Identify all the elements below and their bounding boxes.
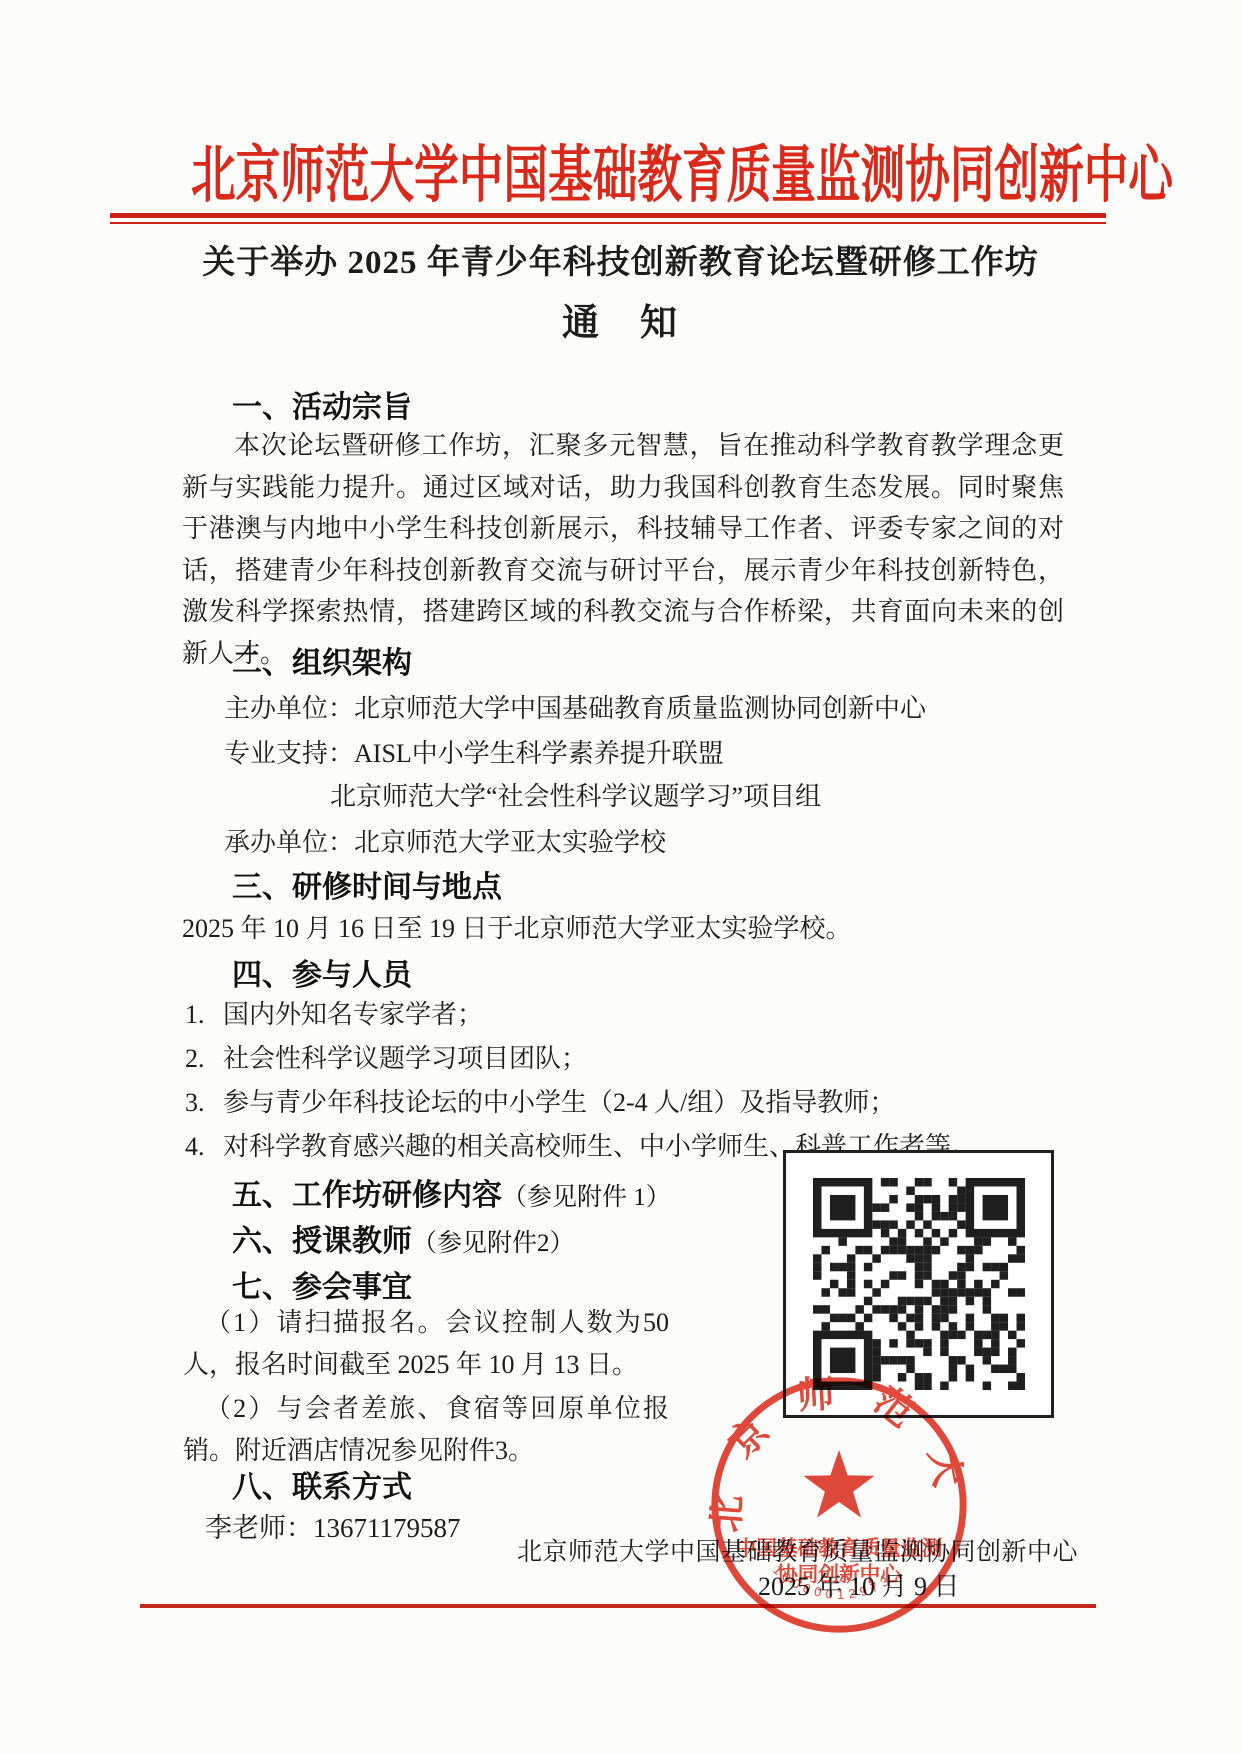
participant-item-3: 3.参与青少年科技论坛的中小学生（2-4 人/组）及指导教师； [185, 1082, 895, 1119]
org-organizer-label: 承办单位： [224, 828, 354, 857]
section-1-paragraph: 本次论坛暨研修工作坊，汇聚多元智慧，旨在推动科学教育教学理念更新与实践能力提升。… [182, 425, 1064, 674]
org-host-value: 北京师范大学中国基础教育质量监测协同创新中心 [354, 694, 926, 723]
section-7-paragraph-1: （1）请扫描报名。会议控制人数为50人，报名时间截至 2025 年 10 月 1… [183, 1302, 669, 1385]
letterhead-rule-thick [110, 213, 1106, 218]
section-5-title: 五、工作坊研修内容 [232, 1179, 502, 1212]
org-row-host: 主办单位：北京师范大学中国基础教育质量监测协同创新中心 [224, 688, 926, 725]
section-6-heading: 六、授课教师（参见附件2） [232, 1216, 575, 1260]
section-8-heading: 八、联系方式 [232, 1462, 412, 1506]
item-2-text: 社会性科学议题学习项目团队； [223, 1044, 587, 1073]
document-subtitle: 关于举办 2025 年青少年科技创新教育论坛暨研修工作坊 [0, 236, 1241, 283]
section-5-heading: 五、工作坊研修内容（参见附件 1） [232, 1170, 671, 1214]
section-7-heading: 七、参会事宜 [232, 1262, 412, 1306]
section-3-text: 2025 年 10 月 16 日至 19 日于北京师范大学亚太实验学校。 [182, 908, 852, 945]
org-row-organizer: 承办单位：北京师范大学亚太实验学校 [224, 822, 666, 859]
contact-name-label: 李老师： [205, 1513, 313, 1543]
item-4-number: 4. [185, 1132, 223, 1162]
seal-org-line-1: 中国基础教育质量监测 [736, 1536, 943, 1560]
item-1-number: 1. [185, 1000, 223, 1030]
item-1-text: 国内外知名专家学者； [223, 1000, 483, 1029]
seal-star-icon [803, 1450, 874, 1518]
item-3-text: 参与青少年科技论坛的中小学生（2-4 人/组）及指导教师； [223, 1088, 895, 1117]
official-red-seal: 北京师范大学 中国基础教育质量监测 协同创新中心 10000012973 [706, 1372, 972, 1638]
participant-item-2: 2.社会性科学议题学习项目团队； [185, 1038, 587, 1075]
org-row-support-2: 北京师范大学“社会性科学议题学习”项目组 [330, 776, 821, 813]
section-2-heading: 二、组织架构 [232, 638, 412, 682]
org-support-value: AISL中小学生科学素养提升联盟 [354, 739, 724, 768]
org-organizer-value: 北京师范大学亚太实验学校 [354, 828, 666, 857]
item-2-number: 2. [185, 1044, 223, 1074]
org-support2-value: 北京师范大学“社会性科学议题学习”项目组 [330, 782, 821, 811]
section-3-heading: 三、研修时间与地点 [232, 862, 502, 906]
org-row-support: 专业支持：AISL中小学生科学素养提升联盟 [224, 733, 724, 770]
section-6-title: 六、授课教师 [232, 1225, 412, 1258]
document-type-title: 通 知 [0, 292, 1241, 346]
section-1-heading: 一、活动宗旨 [232, 382, 412, 426]
org-host-label: 主办单位： [224, 694, 354, 723]
section-7-paragraph-2: （2）与会者差旅、食宿等回原单位报销。附近酒店情况参见附件3。 [183, 1388, 669, 1471]
contact-line: 李老师：13671179587 [205, 1506, 461, 1545]
participant-item-1: 1.国内外知名专家学者； [185, 994, 483, 1031]
qr-code-pattern [813, 1178, 1025, 1390]
section-5-attachment-note: （参见附件 1） [502, 1184, 671, 1211]
notice-document-page: 北京师范大学中国基础教育质量监测协同创新中心 关于举办 2025 年青少年科技创… [0, 0, 1241, 1754]
section-6-attachment-note: （参见附件2） [412, 1230, 575, 1257]
letterhead-title-text: 北京师范大学中国基础教育质量监测协同创新中心 [191, 138, 1173, 214]
letterhead-title: 北京师范大学中国基础教育质量监测协同创新中心 [0, 138, 1241, 214]
org-support-label: 专业支持： [224, 739, 354, 768]
item-3-number: 3. [185, 1088, 223, 1118]
section-4-heading: 四、参与人员 [232, 950, 412, 994]
letterhead-rule-thin [110, 222, 1106, 224]
contact-phone-number: 13671179587 [313, 1513, 461, 1543]
